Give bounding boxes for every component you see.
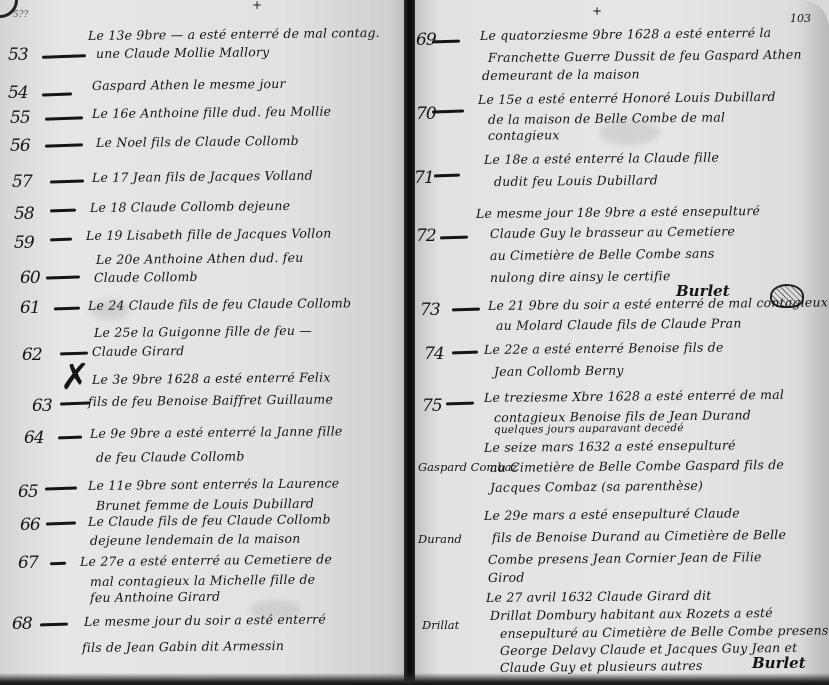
- entry-line: au Cimetière de Belle Combe sans: [490, 246, 715, 263]
- entry-line: Claude Collomb: [94, 269, 198, 285]
- entry-line: quelques jours auparavant decedé: [494, 422, 684, 436]
- entry-line: Le Noel fils de Claude Collomb: [96, 133, 299, 150]
- entry-line: au Molard Claude fils de Claude Pran: [496, 315, 742, 333]
- entry-number: 70: [416, 104, 436, 124]
- entry-number: 54: [8, 83, 28, 103]
- entry-line: Le 24 Claude fils de feu Claude Collomb: [88, 295, 351, 313]
- entry-line: Claude Guy le brasseur au Cemetiere: [490, 223, 735, 241]
- entry-line: une Claude Mollie Mallory: [96, 44, 270, 61]
- entry-line: contagieux: [488, 127, 560, 143]
- entry-number: 61: [20, 298, 40, 318]
- entry-line: Le 27e a esté enterré au Cemetiere de: [80, 551, 332, 569]
- entry-line: Girod: [488, 570, 525, 585]
- entry-number: 74: [424, 344, 444, 364]
- entry-line: Claude Girard: [92, 343, 185, 359]
- entry-line: Le 15e a esté enterré Honoré Louis Dubil…: [478, 89, 776, 107]
- entry-line: Le mesme jour 18e 9bre a esté ensepultur…: [476, 203, 760, 221]
- entry-line: Le mesme jour du soir a esté enterré: [84, 611, 326, 629]
- entry-number: 67: [18, 553, 38, 573]
- entry-line: Brunet femme de Louis Dubillard: [96, 496, 314, 513]
- register-scan: 5?? 103 + + 53 Le 13e 9bre — a esté ente…: [0, 0, 829, 685]
- entry-number: 63: [32, 396, 52, 416]
- entry-number: 53: [8, 45, 28, 65]
- entry-line: Le 11e 9bre sont enterrés la Laurence: [88, 475, 339, 493]
- entry-line: Le 29e mars a esté ensepulturé Claude: [484, 505, 740, 523]
- entry-line: Drillat Dombury habitant aux Rozets a es…: [490, 605, 773, 623]
- entry-line: demeurant de la maison: [482, 66, 640, 83]
- entry-number: 71: [414, 168, 434, 188]
- entry-line: Jean Collomb Berny: [494, 363, 624, 379]
- entry-line: fils de feu Benoise Baiffret Guillaume: [88, 391, 333, 409]
- entry-line: Jacques Combaz (sa parenthèse): [490, 478, 703, 495]
- entry-number: 62: [22, 345, 42, 365]
- entry-line: Le 27 avril 1632 Claude Girard dit: [486, 588, 712, 605]
- entry-line: au Cimetière de Belle Combe Gaspard fils…: [490, 457, 784, 475]
- entry-line: nulong dire ainsy le certifie: [490, 268, 671, 285]
- entry-line: Le 25e la Guigonne fille de feu —: [94, 323, 312, 340]
- margin-name: Drillat: [422, 618, 459, 632]
- entry-line: fils de Jean Gabin dit Armessin: [82, 638, 284, 655]
- folio-number: 103: [790, 12, 811, 25]
- entry-line: Le 18 Claude Collomb dejeune: [90, 198, 290, 215]
- entry-line: Le quatorziesme 9bre 1628 a esté enterré…: [480, 25, 771, 43]
- entry-line: Le 17 Jean fils de Jacques Volland: [92, 168, 313, 185]
- entry-line: feu Anthoine Girard: [90, 589, 220, 605]
- entry-number: 66: [20, 515, 40, 535]
- entry-line: Le 16e Anthoine fille dud. feu Mollie: [92, 103, 331, 121]
- entry-line: Le 9e 9bre a esté enterré la Janne fille: [90, 423, 343, 441]
- entry-line: Le Claude fils de feu Claude Collomb: [88, 511, 331, 529]
- entry-number: 58: [14, 204, 34, 224]
- entry-line: dudit feu Louis Dubillard: [494, 172, 658, 189]
- entry-number: 64: [24, 428, 44, 448]
- entry-number: 60: [20, 268, 40, 288]
- entry-line: Le 18e a esté enterré la Claude fille: [484, 150, 719, 167]
- cross-mark-top-right: +: [592, 4, 602, 18]
- entry-dash: [50, 562, 66, 566]
- entry-number: 59: [14, 233, 34, 253]
- entry-number: 75: [422, 396, 442, 416]
- entry-number: 72: [416, 226, 436, 246]
- priest-signature: Burlet: [752, 654, 806, 672]
- entry-number: 57: [12, 172, 32, 192]
- entry-line: Le 22e a esté enterré Benoise fils de: [484, 339, 724, 357]
- entry-line: fils de Benoise Durand au Cimetière de B…: [492, 527, 786, 545]
- binding-gutter: [404, 0, 415, 685]
- entry-number: 65: [18, 482, 38, 502]
- entry-line: Gaspard Athen le mesme jour: [92, 76, 286, 93]
- entry-number: 68: [12, 614, 32, 634]
- entry-line: Le treziesme Xbre 1628 a esté enterré de…: [484, 387, 784, 405]
- entry-line: de feu Claude Collomb: [96, 448, 245, 465]
- entry-number: 55: [10, 108, 30, 128]
- entry-line: Le 13e 9bre — a esté enterré de mal cont…: [88, 25, 380, 43]
- entry-line: Combe presens Jean Cornier Jean de Filie: [488, 549, 762, 567]
- entry-line: Le seize mars 1632 a esté ensepulturé: [484, 437, 736, 455]
- margin-name: Durand: [418, 532, 462, 546]
- entry-line: Le 20e Anthoine Athen dud. feu: [96, 250, 304, 267]
- entry-number: 73: [420, 300, 440, 320]
- page-bottom-edge: [0, 673, 829, 685]
- entry-line: mal contagieux la Michelle fille de: [90, 572, 315, 589]
- entry-line: Le 3e 9bre 1628 a esté enterré Felix: [92, 370, 331, 387]
- entry-line: dejeune lendemain de la maison: [90, 531, 301, 548]
- entry-number: 56: [10, 136, 30, 156]
- corner-note: 5??: [13, 10, 28, 20]
- entry-line: Le 19 Lisabeth fille de Jacques Vollon: [86, 225, 332, 243]
- cross-mark: ✗: [60, 360, 90, 396]
- cross-mark-top-left: +: [252, 0, 262, 12]
- entry-line: de la maison de Belle Combe de mal: [488, 110, 725, 127]
